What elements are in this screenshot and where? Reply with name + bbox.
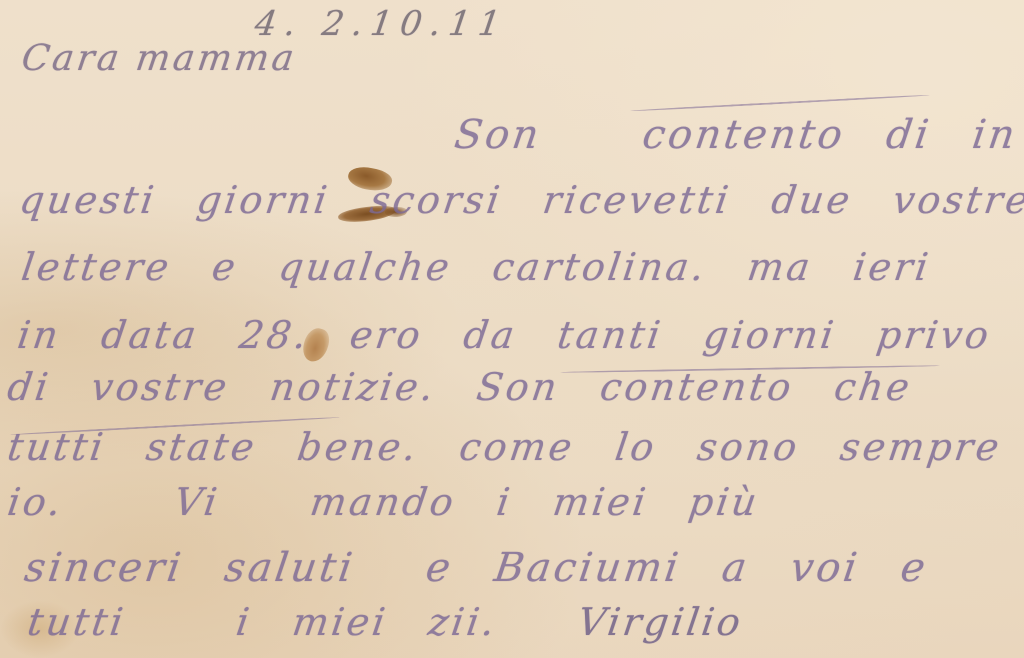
word: vostre	[88, 365, 232, 409]
word: tanti	[555, 313, 666, 357]
word: di	[883, 112, 934, 158]
word: questi	[17, 178, 159, 222]
word: qualche	[276, 245, 455, 289]
word: i	[233, 600, 254, 644]
word: contento	[640, 112, 848, 158]
word: sinceri	[22, 545, 187, 591]
word: giorni	[194, 178, 332, 222]
word: cartolina.	[490, 245, 710, 289]
word: zii.	[426, 600, 501, 644]
word: miei	[550, 480, 651, 524]
word: di	[5, 365, 54, 409]
word: ma	[745, 245, 816, 289]
word: da	[461, 313, 520, 357]
letter-line-7: io. Vi mando i miei più	[5, 480, 788, 524]
letter-line-1: Son contento di in	[452, 112, 1024, 158]
letter-salutation: Cara mamma	[19, 38, 299, 79]
word: che	[832, 365, 915, 409]
word: notizie.	[267, 365, 439, 409]
word: a	[719, 545, 752, 591]
word: ero	[347, 313, 426, 357]
signature: Virgilio	[575, 600, 746, 644]
word: bene.	[295, 425, 422, 469]
word: scorsi	[367, 178, 505, 222]
word: Son	[452, 112, 545, 158]
letter-line-3: lettere e qualche cartolina. ma ieri	[19, 245, 960, 289]
letter-line-2: questi giorni scorsi ricevetti due vostr…	[17, 178, 1024, 222]
word: voi	[788, 545, 863, 591]
word: privo	[874, 313, 994, 357]
word: sempre	[837, 425, 1004, 469]
letter-line-9: tutti i miei zii. Virgilio	[25, 600, 772, 644]
word: sono	[695, 425, 803, 469]
word: come	[457, 425, 578, 469]
word: due	[769, 178, 855, 222]
word: saluti	[222, 545, 358, 591]
word: io.	[5, 480, 67, 524]
word: mando	[307, 480, 459, 524]
pen-flourish	[630, 94, 930, 112]
word: e	[898, 545, 931, 591]
word: state	[143, 425, 259, 469]
word: i	[494, 480, 515, 524]
word: vostre	[890, 178, 1024, 222]
word: tutti	[5, 425, 109, 469]
word: in	[15, 313, 64, 357]
word: Vi	[171, 480, 222, 524]
letter-line-6: tutti state bene. come lo sono sempre	[5, 425, 1024, 469]
word: Baciumi	[491, 545, 683, 591]
word: e	[423, 545, 456, 591]
letter-line-8: sinceri saluti e Baciumi a voi e	[22, 545, 957, 591]
word: tutti	[25, 600, 129, 644]
word: lettere	[19, 245, 175, 289]
word: miei	[290, 600, 391, 644]
word: contento	[597, 365, 796, 409]
letter-paper: 4. 2.10.11 Cara mamma Son contento di in…	[0, 0, 1024, 658]
word: giorni	[701, 313, 839, 357]
word: ieri	[851, 245, 934, 289]
word: in	[970, 112, 1021, 158]
word: e	[209, 245, 241, 289]
word: ricevetti	[540, 178, 734, 222]
word: data	[99, 313, 202, 357]
word: più	[686, 480, 762, 524]
word: 28.	[237, 313, 313, 357]
word: Son	[474, 365, 563, 409]
letter-line-5: di vostre notizie. Son contento che	[5, 365, 941, 409]
letter-line-4: in data 28. ero da tanti giorni privo	[15, 313, 1020, 357]
word: lo	[612, 425, 659, 469]
